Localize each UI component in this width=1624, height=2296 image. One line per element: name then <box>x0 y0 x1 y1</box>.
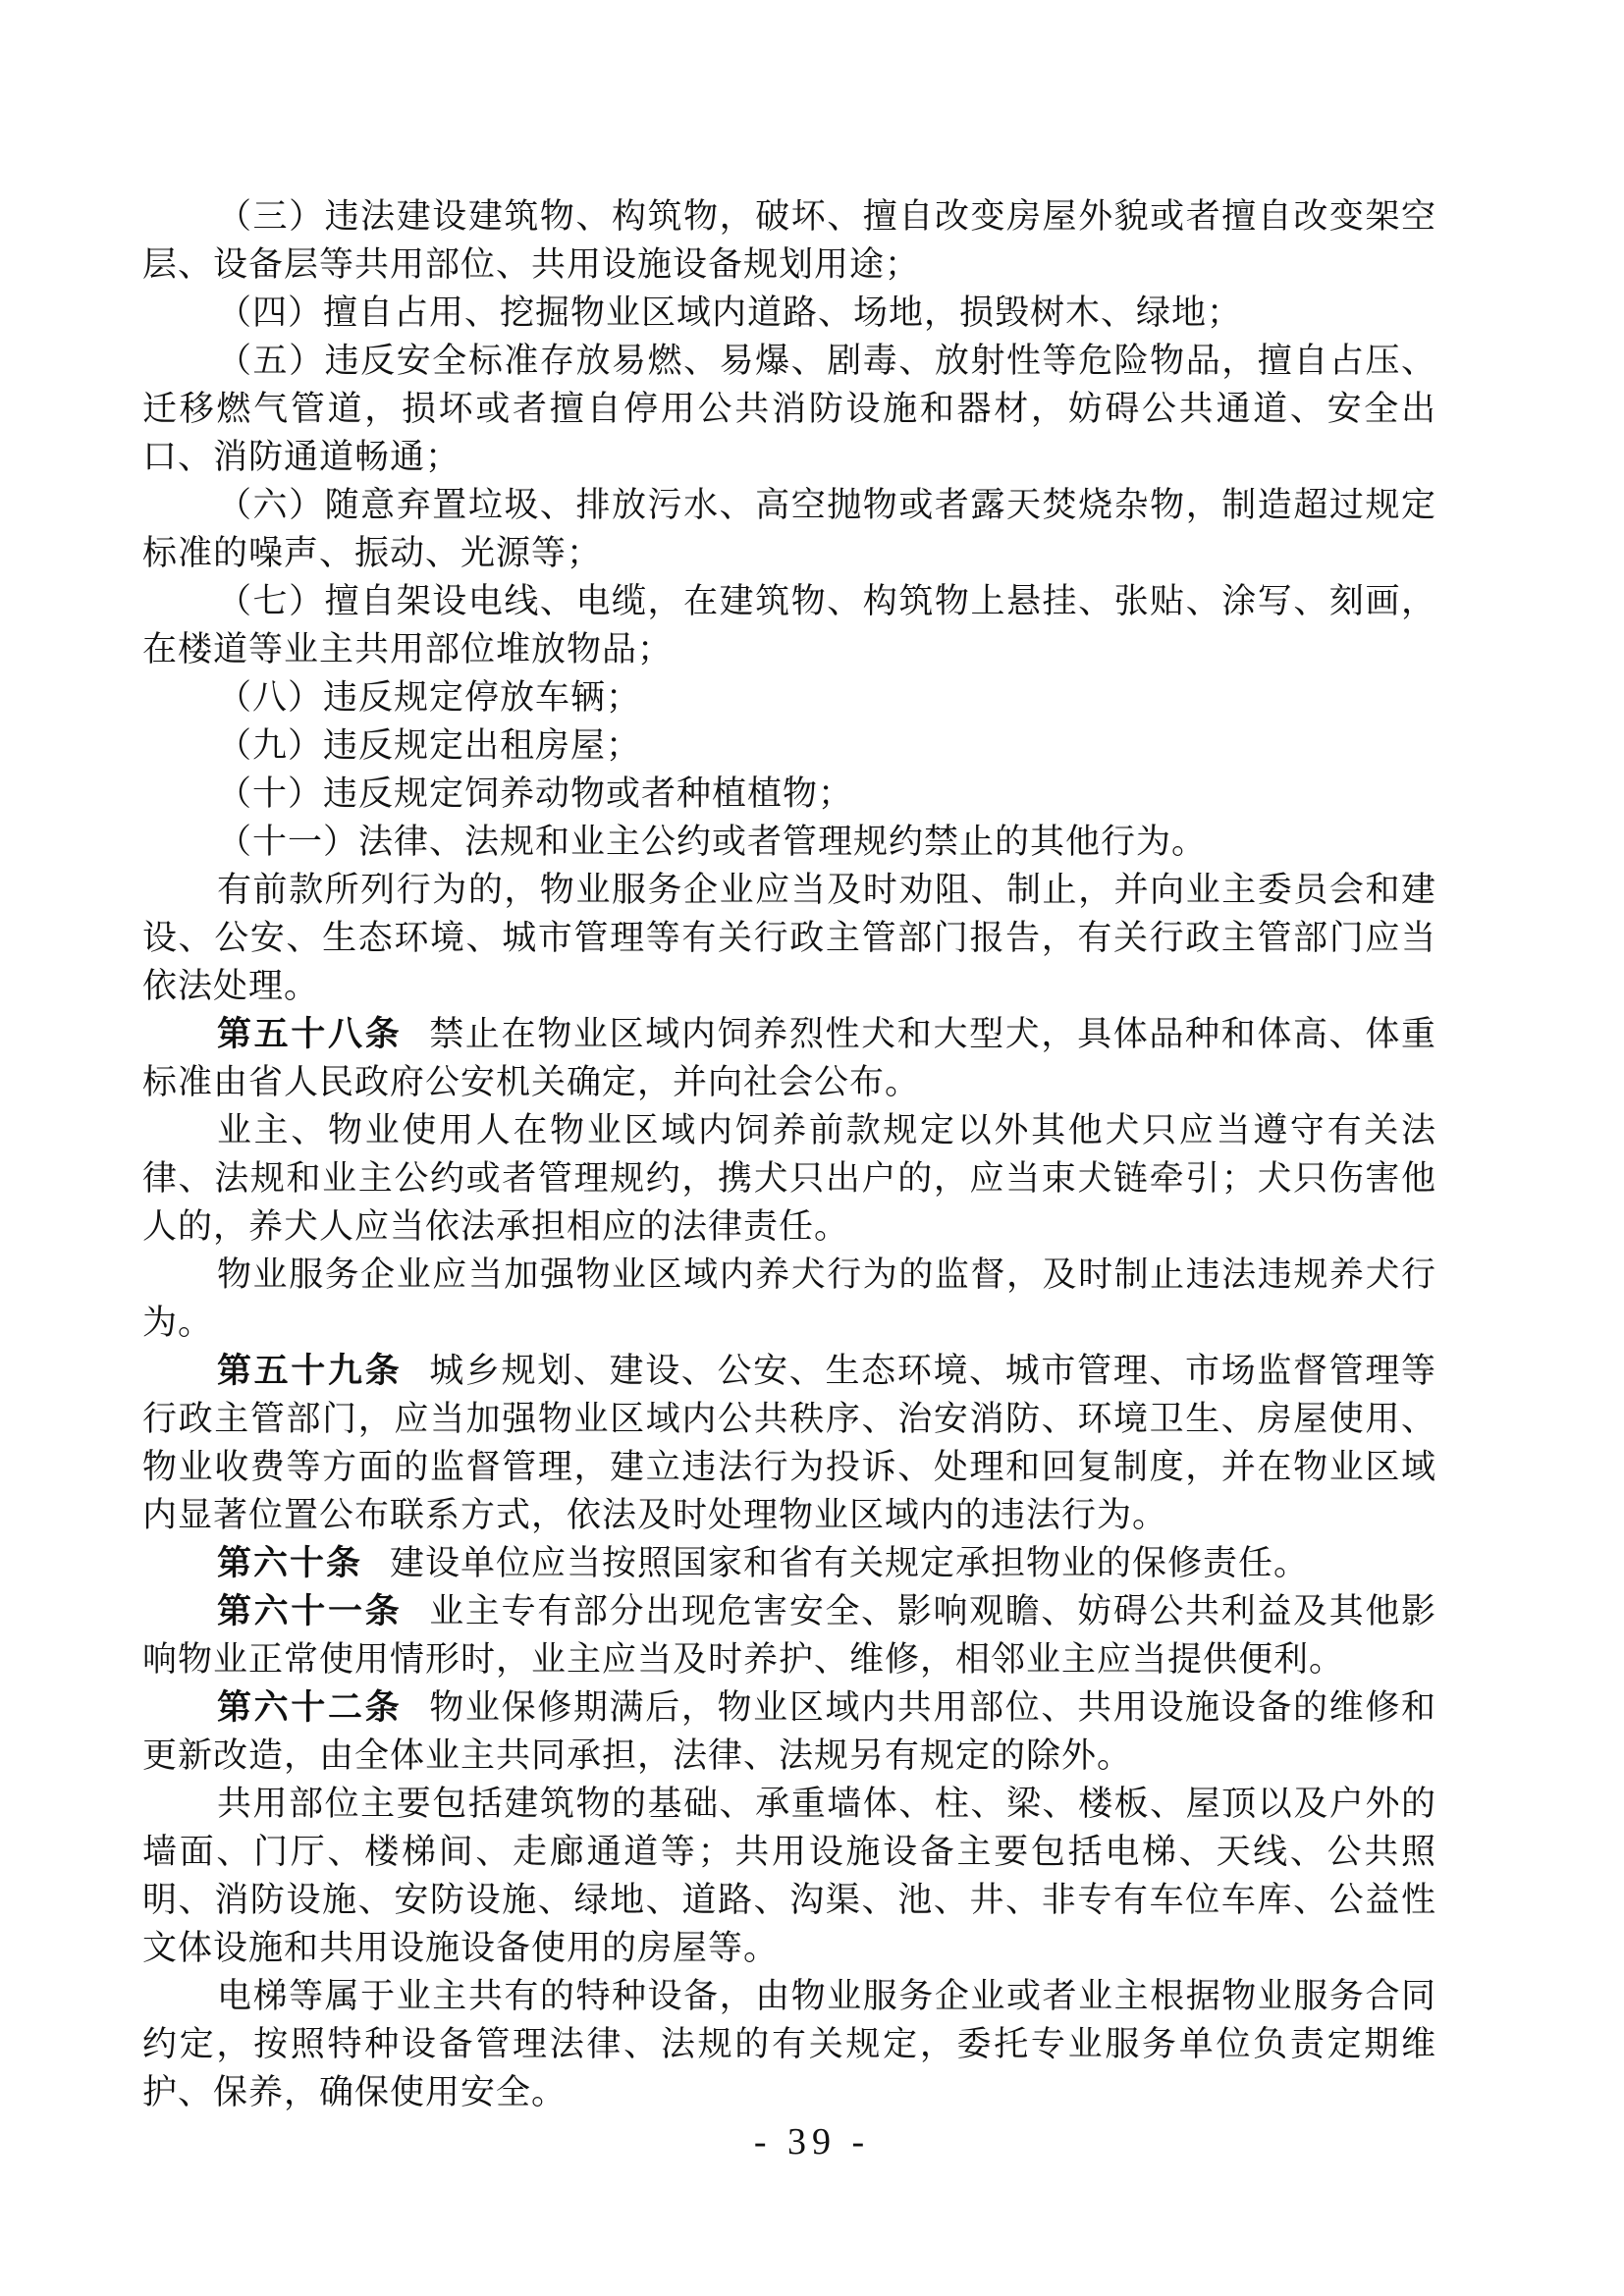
page-number: - 39 - <box>0 2120 1624 2163</box>
article-number: 第六十二条 <box>217 1688 402 1727</box>
paragraph-text: （八）违反规定停放车辆； <box>217 678 641 717</box>
paragraph: （十）违反规定饲养动物或者种植植物； <box>142 770 1436 818</box>
paragraph-text: 物业服务企业应当加强物业区域内养犬行为的监督，及时制止违法违规养犬行为。 <box>142 1255 1436 1342</box>
paragraph: 第五十九条城乡规划、建设、公安、生态环境、城市管理、市场监督管理等行政主管部门，… <box>142 1347 1436 1539</box>
paragraph: （七）擅自架设电线、电缆，在建筑物、构筑物上悬挂、张贴、涂写、刻画，在楼道等业主… <box>142 577 1436 673</box>
paragraph: 业主、物业使用人在物业区域内饲养前款规定以外其他犬只应当遵守有关法律、法规和业主… <box>142 1106 1436 1251</box>
paragraph-text: 电梯等属于业主共有的特种设备，由物业服务企业或者业主根据物业服务合同约定，按照特… <box>142 1977 1436 2111</box>
paragraph: （十一）法律、法规和业主公约或者管理规约禁止的其他行为。 <box>142 818 1436 866</box>
paragraph: 第五十八条禁止在物业区域内饲养烈性犬和大型犬，具体品种和体高、体重标准由省人民政… <box>142 1010 1436 1106</box>
paragraph-text: （十一）法律、法规和业主公约或者管理规约禁止的其他行为。 <box>217 823 1207 861</box>
paragraph: （四）擅自占用、挖掘物业区域内道路、场地，损毁树木、绿地； <box>142 289 1436 337</box>
paragraph: 第六十二条物业保修期满后，物业区域内共用部位、共用设施设备的维修和更新改造，由全… <box>142 1683 1436 1780</box>
paragraph: 物业服务企业应当加强物业区域内养犬行为的监督，及时制止违法违规养犬行为。 <box>142 1251 1436 1347</box>
document-page: （三）违法建设建筑物、构筑物，破坏、擅自改变房屋外貌或者擅自改变架空层、设备层等… <box>0 0 1624 2296</box>
article-number: 第六十一条 <box>217 1592 402 1630</box>
paragraph-text: 有前款所列行为的，物业服务企业应当及时劝阻、制止，并向业主委员会和建设、公安、生… <box>142 871 1436 1005</box>
article-number: 第五十八条 <box>217 1015 402 1053</box>
paragraph-text: （四）擅自占用、挖掘物业区域内道路、场地，损毁树木、绿地； <box>217 294 1242 332</box>
paragraph-text: 建设单位应当按照国家和省有关规定承担物业的保修责任。 <box>390 1544 1309 1582</box>
paragraph-text: （十）违反规定饲养动物或者种植植物； <box>217 774 853 813</box>
paragraph: （八）违反规定停放车辆； <box>142 673 1436 721</box>
paragraph: （三）违法建设建筑物、构筑物，破坏、擅自改变房屋外貌或者擅自改变架空层、设备层等… <box>142 192 1436 289</box>
paragraph-text: （七）擅自架设电线、电缆，在建筑物、构筑物上悬挂、张贴、涂写、刻画，在楼道等业主… <box>142 582 1436 668</box>
document-body: （三）违法建设建筑物、构筑物，破坏、擅自改变房屋外貌或者擅自改变架空层、设备层等… <box>142 192 1436 2116</box>
paragraph: 电梯等属于业主共有的特种设备，由物业服务企业或者业主根据物业服务合同约定，按照特… <box>142 1972 1436 2116</box>
paragraph-text: （九）违反规定出租房屋； <box>217 726 641 765</box>
paragraph-text: 业主、物业使用人在物业区域内饲养前款规定以外其他犬只应当遵守有关法律、法规和业主… <box>142 1111 1436 1246</box>
paragraph: 共用部位主要包括建筑物的基础、承重墙体、柱、梁、楼板、屋顶以及户外的墙面、门厅、… <box>142 1780 1436 1972</box>
paragraph: （九）违反规定出租房屋； <box>142 721 1436 770</box>
paragraph: （六）随意弃置垃圾、排放污水、高空抛物或者露天焚烧杂物，制造超过规定标准的噪声、… <box>142 481 1436 577</box>
paragraph: 有前款所列行为的，物业服务企业应当及时劝阻、制止，并向业主委员会和建设、公安、生… <box>142 866 1436 1010</box>
paragraph-text: （六）随意弃置垃圾、排放污水、高空抛物或者露天焚烧杂物，制造超过规定标准的噪声、… <box>142 486 1436 572</box>
paragraph-text: （三）违法建设建筑物、构筑物，破坏、擅自改变房屋外貌或者擅自改变架空层、设备层等… <box>142 197 1436 284</box>
paragraph: （五）违反安全标准存放易燃、易爆、剧毒、放射性等危险物品，擅自占压、迁移燃气管道… <box>142 337 1436 481</box>
paragraph: 第六十条建设单位应当按照国家和省有关规定承担物业的保修责任。 <box>142 1539 1436 1587</box>
article-number: 第六十条 <box>217 1544 362 1582</box>
paragraph-text: 共用部位主要包括建筑物的基础、承重墙体、柱、梁、楼板、屋顶以及户外的墙面、门厅、… <box>142 1785 1436 1967</box>
paragraph: 第六十一条业主专有部分出现危害安全、影响观瞻、妨碍公共利益及其他影响物业正常使用… <box>142 1587 1436 1683</box>
article-number: 第五十九条 <box>217 1352 402 1390</box>
paragraph-text: （五）违反安全标准存放易燃、易爆、剧毒、放射性等危险物品，擅自占压、迁移燃气管道… <box>142 342 1436 476</box>
